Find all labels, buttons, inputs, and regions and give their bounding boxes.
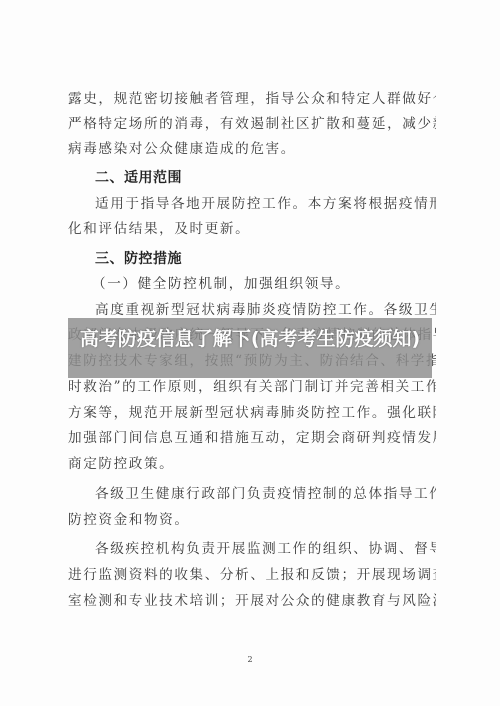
body-line: 方案等，规范开展新型冠状病毒肺炎防控工作。强化联防联控， [68, 404, 436, 422]
section-heading-scope: 二、适用范围 [95, 169, 182, 187]
body-line: 露史，规范密切接触者管理，指导公众和特定人群做好个人防护， [68, 90, 436, 108]
body-line: 进行监测资料的收集、分析、上报和反馈；开展现场调查、实验 [68, 566, 436, 584]
body-line: 适用于指导各地开展防控工作。本方案将根据疫情形势的变 [95, 195, 436, 213]
body-line: 商定防控政策。 [68, 455, 436, 473]
body-line: 各级疾控机构负责开展监测工作的组织、协调、督导和评估， [95, 540, 436, 558]
section-heading-measures: 三、防控措施 [95, 250, 182, 268]
body-line: 病毒感染对公众健康造成的危害。 [68, 140, 436, 158]
body-line: 室检测和专业技术培训；开展对公众的健康教育与风险沟通，指 [68, 592, 436, 610]
body-line: 各级卫生健康行政部门负责疫情控制的总体指导工作，落实 [95, 485, 436, 503]
article-title: 高考防疫信息了解下(高考考生防疫须知) [68, 318, 432, 378]
body-line: 时救治”的工作原则，组织有关部门制订并完善相关工作和技术 [68, 378, 436, 396]
body-line: 防控资金和物资。 [68, 511, 436, 529]
body-line: 高度重视新型冠状病毒肺炎疫情防控工作。各级卫生健康行 [95, 301, 436, 319]
body-line: 化和评估结果，及时更新。 [68, 220, 436, 238]
subsection-heading: （一）健全防控机制，加强组织领导。 [92, 275, 350, 293]
body-line: 严格特定场所的消毒，有效遏制社区扩散和蔓延，减少新型冠状 [68, 115, 436, 133]
page-number: 2 [0, 655, 500, 664]
body-line: 加强部门间信息互通和措施互动，定期会商研判疫情发展趋势， [68, 429, 436, 447]
